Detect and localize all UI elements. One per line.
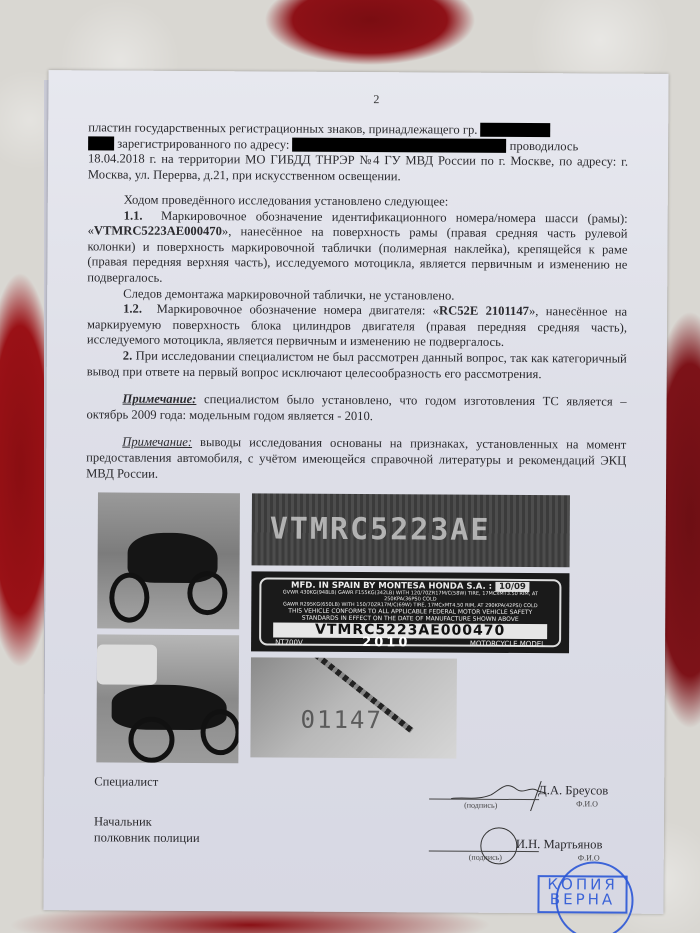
page-number: 2 xyxy=(373,92,379,107)
manufacturer-plate-photo: MFD. IN SPAIN BY MONTESA HONDA S.A. : 10… xyxy=(251,571,569,653)
signature-block: Специалист (подпись) Д.А. Бреусов Ф.И.О … xyxy=(93,774,634,917)
redacted-owner-name xyxy=(481,123,551,137)
redacted-address xyxy=(293,137,507,152)
item-2: 2. При исследовании специалистом не был … xyxy=(87,348,627,382)
engine-number-photo: 01147 xyxy=(250,657,457,758)
item-1-2: 1.2. Маркировочное обозначение номера дв… xyxy=(87,302,627,352)
findings-section: Ходом проведённого исследования установл… xyxy=(86,192,628,484)
note-2: Примечание: выводы исследования основаны… xyxy=(86,435,626,485)
redacted-owner-name-cont xyxy=(88,136,114,150)
item-1-1: 1.1. Маркировочное обозначение идентифик… xyxy=(87,208,627,289)
specialist-title: Специалист xyxy=(94,774,158,789)
motorcycle-photo-front xyxy=(97,492,240,629)
note-1: Примечание: специалистом было установлен… xyxy=(86,391,626,425)
motorcycle-photo-side xyxy=(96,634,239,763)
engine-number: RC52E 2101147 xyxy=(439,304,529,319)
specialist-name: Д.А. Бреусов xyxy=(538,783,608,798)
vin-number: VTMRC5223AE000470 xyxy=(94,224,222,239)
photo-table: VTMRC5223AE MFD. IN SPAIN BY MONTESA HON… xyxy=(96,492,578,771)
chief-name: И.Н. Мартьянов xyxy=(516,837,603,853)
chief-title: Начальник xyxy=(94,814,152,829)
vin-stamp-photo: VTMRC5223AE xyxy=(252,493,570,567)
chief-rank: полковник полиции xyxy=(94,830,200,846)
certified-copy-stamp: КОПИЯ ВЕРНА xyxy=(537,875,627,914)
intro-paragraph: пластин государственных регистрационных … xyxy=(88,120,628,186)
document-page: 2 пластин государственных регистрационны… xyxy=(43,70,668,914)
